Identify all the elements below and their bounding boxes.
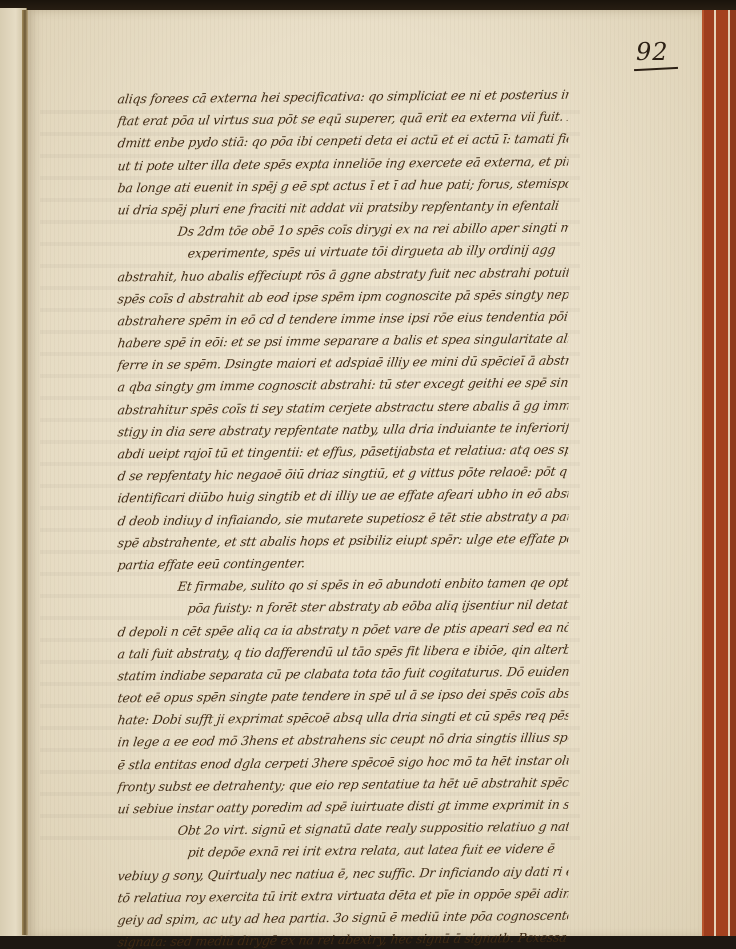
binding-gutter (22, 10, 28, 935)
manuscript-line: signata: sed mediū dirygē ex na rei abex… (116, 927, 570, 949)
handwritten-text-block: aliqs forees cā externa hei specificativ… (118, 86, 568, 949)
red-fore-edge (702, 10, 736, 940)
manuscript-spread: 92 aliqs forees cā externa hei specifica… (0, 0, 736, 949)
folio-number: 92 (636, 38, 669, 66)
